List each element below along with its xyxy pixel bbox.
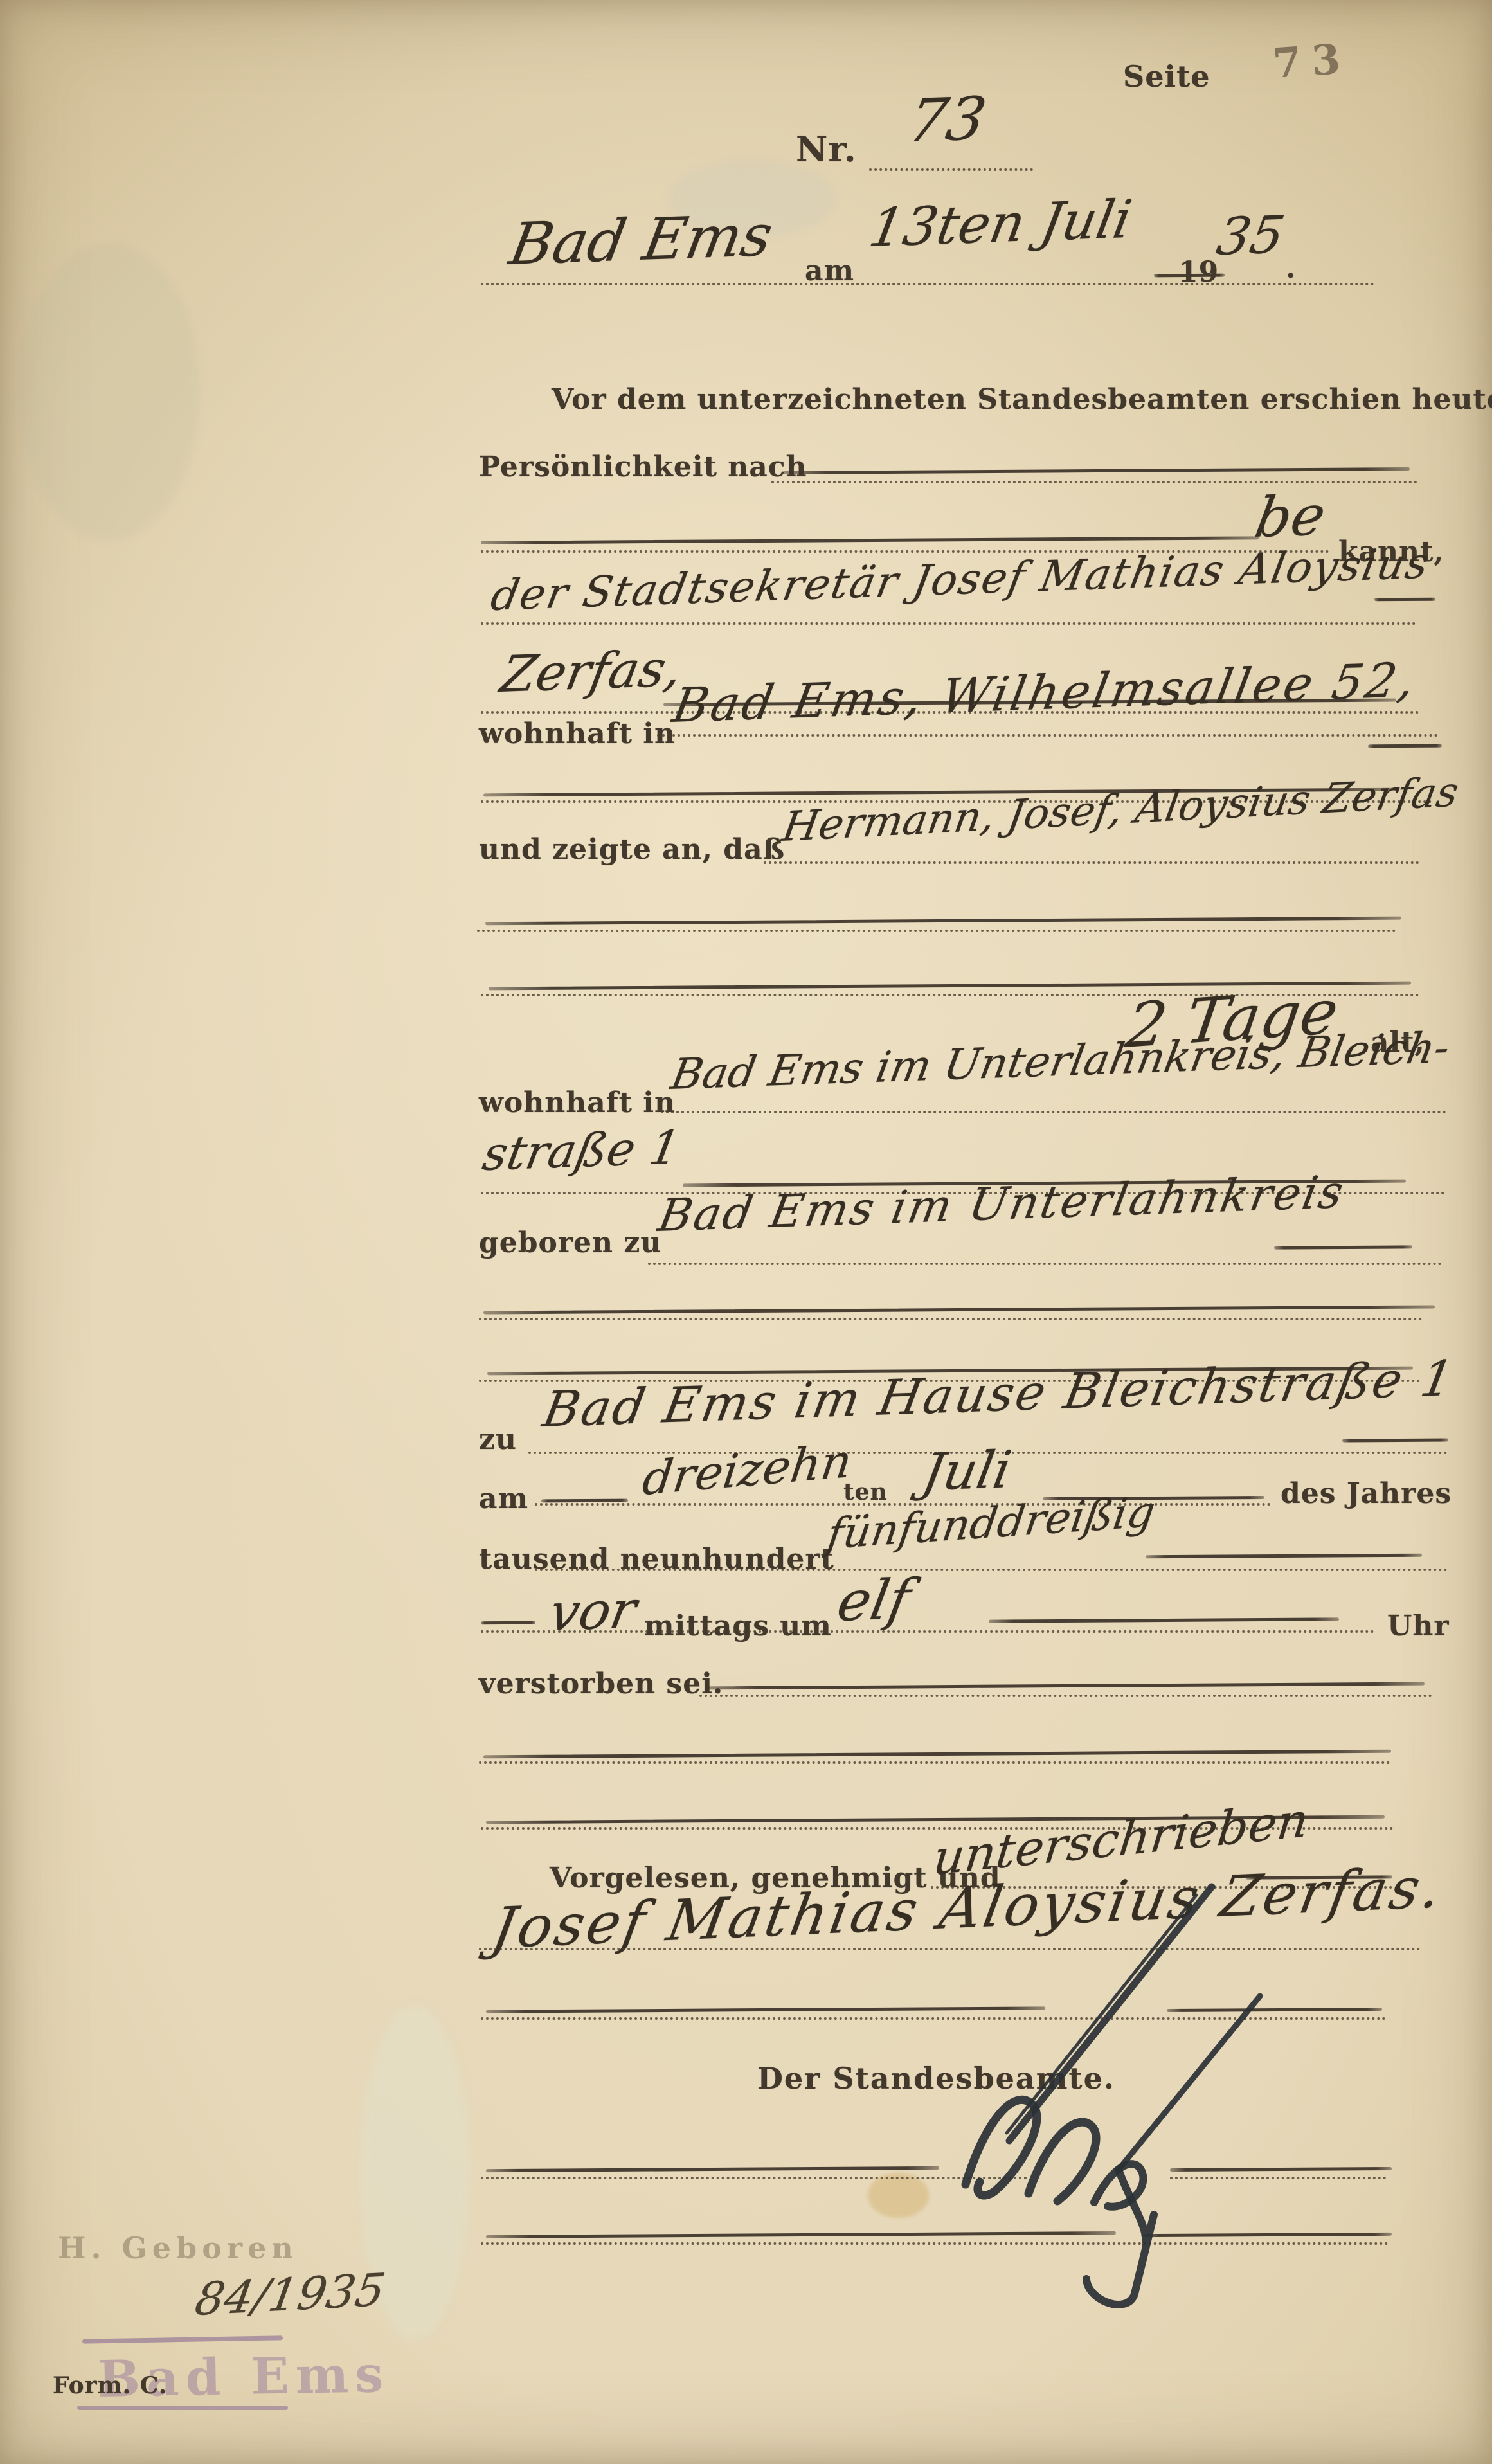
page-number-stamp: 73 — [1272, 35, 1353, 88]
death-register-page: Seite 73 Nr. 73 Bad Ems am 13ten Juli 19… — [0, 0, 1492, 2464]
zu-label: zu — [479, 1423, 517, 1456]
fill-dotted — [764, 861, 1419, 864]
place-handwritten: Bad Ems — [505, 202, 778, 278]
paper-stain — [19, 244, 199, 540]
registrar-signature — [926, 1877, 1337, 2327]
persoenlichkeit-label: Persönlichkeit nach — [479, 451, 807, 483]
stamp-underline — [77, 2406, 288, 2410]
nr-dotted-line — [869, 168, 1033, 171]
dateline-dotted — [481, 283, 1374, 285]
strike-line — [541, 1499, 628, 1503]
anzeige-label: und zeigte an, daß — [479, 833, 785, 866]
declarant-residence: Bad Ems, Wilhelmsallee 52, — [669, 652, 1421, 733]
death-day-handwritten: dreizehn — [640, 1434, 855, 1506]
vor-handwritten: vor — [545, 1579, 641, 1642]
mittags-label: mittags um — [644, 1610, 832, 1642]
geboren-label: geboren zu — [479, 1227, 661, 1259]
strike-line — [1146, 1554, 1422, 1559]
geboren-stamp: H. Geboren — [58, 2231, 298, 2265]
fill-dotted — [648, 1263, 1442, 1265]
strike-line — [485, 917, 1401, 926]
deceased-name: Hermann, Josef, Aloysius Zerfas — [779, 769, 1462, 851]
fill-dotted — [479, 1761, 1390, 1764]
ten-label: ten — [843, 1479, 888, 1506]
register-number-handwritten: 84/1935 — [192, 2263, 389, 2326]
dateline-period: . — [1286, 252, 1296, 285]
fill-dotted — [657, 734, 1438, 737]
nr-label: Nr. — [796, 129, 857, 170]
death-month-handwritten: Juli — [918, 1439, 1016, 1502]
des-jahres-label: des Jahres — [1281, 1477, 1452, 1510]
fill-dotted — [771, 481, 1417, 483]
death-hour-handwritten: elf — [832, 1567, 915, 1634]
strike-line — [483, 1305, 1435, 1314]
stamp-underline — [82, 2335, 283, 2343]
deceased-residence-line2: straße 1 — [479, 1120, 685, 1181]
date-handwritten: 13ten Juli — [865, 189, 1136, 259]
strike-line — [1368, 744, 1442, 748]
fill-dotted — [479, 1318, 1423, 1320]
be-handwritten: be — [1250, 483, 1330, 550]
death-place-handwritten: Bad Ems im Hause Bleichstraße 1 — [539, 1349, 1460, 1438]
declarant-name-line2: Zerfas, — [496, 640, 687, 704]
intro-text: Vor dem unterzeichneten Standesbeamten e… — [552, 383, 1492, 416]
strike-line — [1374, 598, 1435, 602]
fill-dotted — [661, 1111, 1446, 1113]
strike-line — [783, 467, 1410, 474]
strike-line — [486, 2166, 939, 2172]
birthplace-handwritten: Bad Ems im Unterlahnkreis — [654, 1165, 1349, 1242]
uhr-label: Uhr — [1387, 1610, 1450, 1642]
fill-dotted — [477, 930, 1396, 932]
year-handwritten: 35 — [1212, 205, 1289, 267]
strike-line — [483, 1750, 1391, 1759]
record-number-handwritten: 73 — [903, 84, 991, 156]
strike-line — [706, 1682, 1425, 1690]
strike-line — [481, 1621, 535, 1625]
verstorben-label: verstorben sei. — [479, 1668, 723, 1700]
strike-line — [1342, 1438, 1448, 1442]
fill-dotted — [481, 622, 1416, 625]
fill-dotted — [481, 1630, 1374, 1633]
deceased-residence-line1: Bad Ems im Unterlahnkreis, Bleich- — [667, 1023, 1453, 1099]
strike-line — [481, 536, 1259, 544]
am2-label: am — [479, 1482, 528, 1515]
seite-label: Seite — [1123, 59, 1210, 94]
strike-line — [1274, 1245, 1412, 1249]
wohnhaft-label: wohnhaft in — [479, 717, 676, 750]
strike-line — [989, 1617, 1339, 1623]
paper-stain — [868, 2173, 929, 2218]
fill-dotted — [535, 1569, 1448, 1571]
fill-dotted — [699, 1695, 1432, 1697]
form-label: Form. C. — [53, 2372, 167, 2399]
wohnhaft2-label: wohnhaft in — [479, 1086, 676, 1119]
